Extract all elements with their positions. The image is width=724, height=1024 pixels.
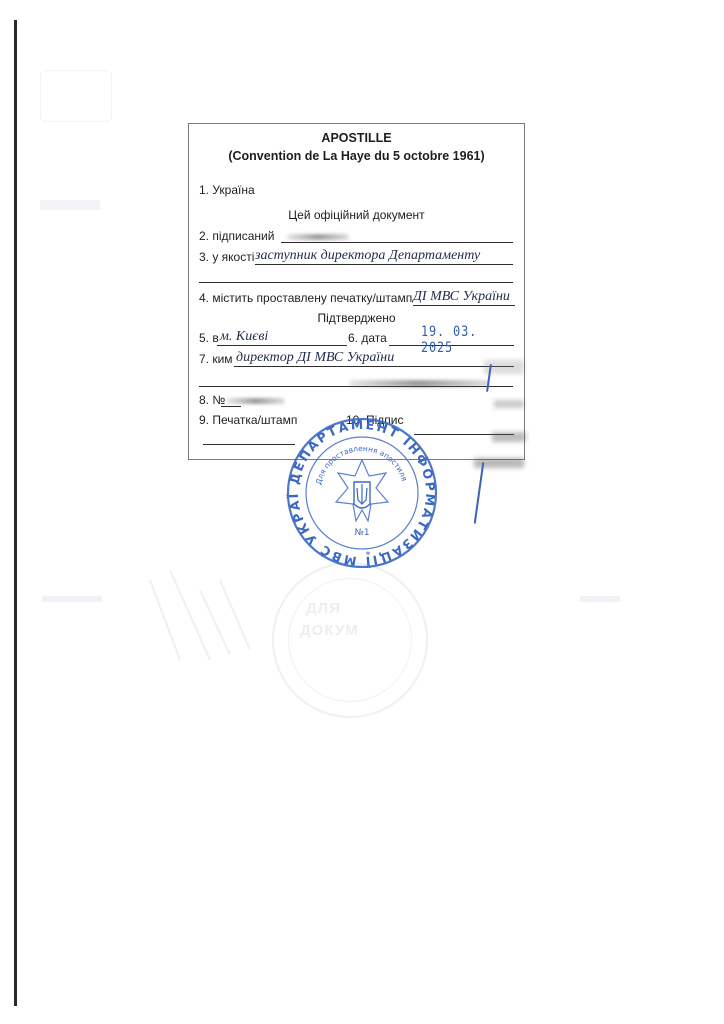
- capacity-label: 3. у якості: [199, 250, 254, 264]
- redacted-signature-smudge: [349, 380, 489, 387]
- ghost-text: ДОКУМ: [300, 622, 359, 639]
- ghost-stamp-showthrough: [272, 562, 428, 718]
- capacity-value: заступник директора Департаменту: [255, 248, 480, 264]
- page-edge: [14, 20, 17, 1006]
- intro-text: Цей офіційний документ: [189, 208, 524, 222]
- svg-text:№1: №1: [354, 528, 369, 538]
- number-label: 8. №: [199, 393, 225, 407]
- capacity-line: [255, 264, 513, 265]
- number-line: [221, 406, 241, 407]
- place-line: [217, 345, 347, 346]
- ghost-text: ДЛЯ: [306, 600, 341, 617]
- date-stamp: 19. 03. 2025: [421, 324, 509, 356]
- ghost-signature: [140, 560, 260, 670]
- date-label: 6. дата: [348, 331, 387, 345]
- seal-line: [413, 305, 515, 306]
- svg-text:Для проставлення апостиля: Для проставлення апостиля: [314, 444, 409, 486]
- signed-by-label: 2. підписаний: [199, 229, 274, 243]
- field-country: 1. Україна: [199, 183, 255, 197]
- official-seal: ДЕПАРТАМЕНТ ІНФОРМАТИЗАЦІЇ МВС УКРАЇНИ Д…: [282, 418, 442, 568]
- by-label: 7. ким: [199, 352, 233, 366]
- seal-icon: ДЕПАРТАМЕНТ ІНФОРМАТИЗАЦІЇ МВС УКРАЇНИ Д…: [282, 418, 442, 568]
- apostille-title: APOSTILLE: [189, 131, 524, 145]
- signed-by-line: [281, 242, 513, 243]
- place-value: м. Києві: [220, 329, 268, 345]
- seal-label: 4. містить проставлену печатку/штамп: [199, 291, 412, 305]
- place-label: 5. в: [199, 331, 219, 345]
- seal-value: ДІ МВС України: [413, 289, 510, 305]
- apostille-subtitle: (Convention de La Haye du 5 octobre 1961…: [189, 149, 524, 163]
- by-line: [234, 366, 514, 367]
- capacity-line-2: [199, 282, 513, 283]
- svg-text:*: *: [366, 550, 371, 561]
- redacted-number: [227, 398, 285, 404]
- certified-text: Підтверджено: [189, 311, 524, 325]
- by-value: директор ДІ МВС України: [236, 350, 394, 366]
- redacted-name: [287, 234, 349, 240]
